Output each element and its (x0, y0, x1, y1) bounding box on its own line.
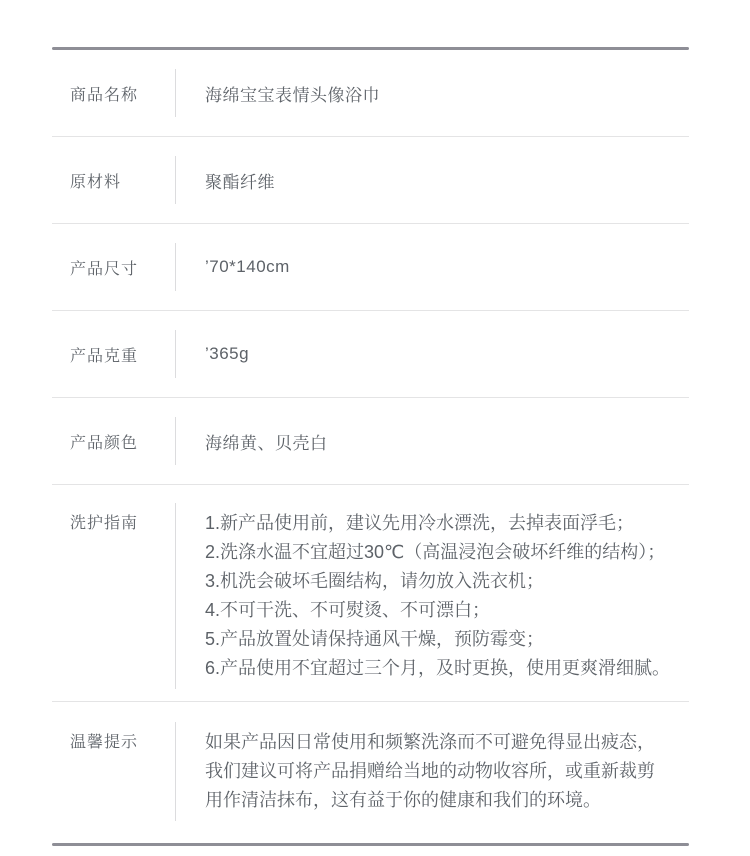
care-instruction-line: 5.产品放置处请保持通风干燥，预防霉变； (205, 625, 689, 654)
row-value-text: 海绵黄、贝壳白 (205, 429, 689, 454)
spec-row: 温馨提示如果产品因日常使用和频繁洗涤而不可避免得显出疲态，我们建议可将产品捐赠给… (52, 702, 689, 843)
row-value-text: ’365g (205, 344, 689, 364)
care-instruction-line: 6.产品使用不宜超过三个月，及时更换，使用更爽滑细腻。 (205, 654, 689, 683)
spec-row: 洗护指南1.新产品使用前，建议先用冷水漂洗，去掉表面浮毛；2.洗涤水温不宜超过3… (52, 485, 689, 701)
row-label: 产品克重 (52, 343, 175, 366)
spec-rows: 商品名称海绵宝宝表情头像浴巾原材料聚酯纤维产品尺寸’70*140cm产品克重’3… (52, 50, 689, 843)
row-label: 产品尺寸 (52, 256, 175, 279)
row-value: 如果产品因日常使用和频繁洗涤而不可避免得显出疲态，我们建议可将产品捐赠给当地的动… (176, 728, 689, 815)
care-instruction-line: 3.机洗会破坏毛圈结构，请勿放入洗衣机； (205, 567, 689, 596)
row-label: 原材料 (52, 169, 175, 192)
bottom-accent-bar (52, 843, 689, 846)
row-value: ’365g (176, 344, 689, 364)
row-label: 温馨提示 (52, 728, 175, 815)
tip-paragraph: 如果产品因日常使用和频繁洗涤而不可避免得显出疲态，我们建议可将产品捐赠给当地的动… (205, 728, 663, 815)
row-value: 聚酯纤维 (176, 168, 689, 193)
row-value-text: 海绵宝宝表情头像浴巾 (205, 81, 689, 106)
care-instruction-line: 1.新产品使用前，建议先用冷水漂洗，去掉表面浮毛； (205, 509, 689, 538)
row-value: ’70*140cm (176, 257, 689, 277)
row-label: 洗护指南 (52, 509, 175, 683)
row-value: 1.新产品使用前，建议先用冷水漂洗，去掉表面浮毛；2.洗涤水温不宜超过30℃（高… (176, 509, 689, 683)
spec-row: 产品尺寸’70*140cm (52, 224, 689, 310)
row-label: 产品颜色 (52, 430, 175, 453)
row-value: 海绵黄、贝壳白 (176, 429, 689, 454)
row-value: 海绵宝宝表情头像浴巾 (176, 81, 689, 106)
row-value-text: ’70*140cm (205, 257, 689, 277)
row-value-text: 聚酯纤维 (205, 168, 689, 193)
spec-row: 产品颜色海绵黄、贝壳白 (52, 398, 689, 484)
spec-row: 原材料聚酯纤维 (52, 137, 689, 223)
care-instruction-line: 2.洗涤水温不宜超过30℃（高温浸泡会破坏纤维的结构）； (205, 538, 689, 567)
product-spec-sheet: 商品名称海绵宝宝表情头像浴巾原材料聚酯纤维产品尺寸’70*140cm产品克重’3… (52, 47, 689, 846)
row-label: 商品名称 (52, 82, 175, 105)
care-instruction-line: 4.不可干洗、不可熨烫、不可漂白； (205, 596, 689, 625)
spec-row: 产品克重’365g (52, 311, 689, 397)
spec-row: 商品名称海绵宝宝表情头像浴巾 (52, 50, 689, 136)
